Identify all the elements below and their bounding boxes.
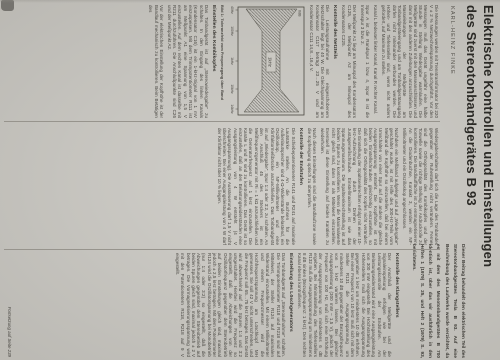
y-axis-label: 0dB — [298, 10, 302, 17]
intro-abstract: Dieser Beitrag behandelt den elektrische… — [410, 244, 467, 358]
column-divider-2 — [4, 249, 440, 250]
author-byline: KARL-HEINZ FINKE — [449, 6, 455, 75]
scan-edge-shadow — [0, 0, 500, 3]
paragraph: Vor der elektrischen Einstellung der Kop… — [148, 5, 164, 118]
x-tick-40hz: 40Hz — [231, 6, 235, 14]
continuation-note: Fortsetzung auf Seite 239 — [7, 253, 12, 357]
paragraph: Spur A ist die Randspur 1 bzw. 4, Spur B… — [360, 5, 371, 118]
section-heading-endstufen: Kontrolle der Endstufen — [297, 128, 302, 245]
section-heading-netzteil: Kontrolle des Netzteils — [332, 5, 337, 118]
text-column-2: Wiedergabeschalters darf sich die Lage d… — [214, 128, 439, 245]
section-heading-kombikopf: Einstellen des Kombikopfes — [210, 5, 215, 118]
paragraph: Die Schiebepotentiometer R141 und R241 a… — [216, 128, 295, 245]
paragraph: Die Messungen werden mit Trenntransforma… — [381, 5, 439, 118]
paragraph: Das Tonbandgerät ist auf „Stereowiederga… — [166, 5, 208, 118]
section-heading-loeschgenerator: Einstellung des Löschgenerators — [287, 253, 292, 357]
rotated-page: Elektrische Kontrollen und Einstellungen… — [0, 0, 500, 360]
figure-caption: Bild 1: Toleranzfeld vom Frequenzgang üb… — [220, 5, 225, 118]
center-frequency-label: 1kHz — [268, 57, 273, 67]
paragraph: Wiedergabeschalters darf sich die Lage d… — [402, 128, 439, 245]
article-title: Elektrische Kontrollen und Einstellungen… — [463, 5, 496, 355]
text-column-3: Kontrolle des Klangstellers Der Anschluß… — [172, 253, 403, 357]
paragraph: Nachdem ein Meßband aufgelegt und auf „W… — [320, 128, 399, 245]
figure-bild1: 1kHz 0dB 40Hz 100Hz 1kHz 10kHz 14kHz Bil… — [220, 5, 307, 118]
paragraph: Der Anschluß der Meßgeräte und die Signa… — [297, 253, 392, 357]
scanned-magazine-page: Elektrische Kontrollen und Einstellungen… — [0, 0, 500, 360]
paragraph: Der Meßpunkt A1 liegt am Minuspol des Ko… — [341, 5, 357, 118]
x-tick-1khz: 1kHz — [231, 57, 235, 65]
paragraph: Die Leistungsaufnahme mit eingeschobenem… — [309, 5, 330, 118]
text-column-1: Die Messungen werden mit Trenntransforma… — [145, 5, 439, 118]
x-tick-100hz: 100Hz — [231, 26, 235, 36]
x-tick-10khz: 10kHz — [231, 84, 235, 94]
section-heading-klangsteller: Kontrolle des Klangstellers — [394, 253, 399, 357]
x-tick-14khz: 14kHz — [231, 104, 235, 114]
column-divider-1 — [4, 121, 440, 122]
paragraph: Nach diesen Einstellungen sind die Bandl… — [307, 128, 318, 245]
tolerance-field-diagram: 1kHz 0dB 40Hz 100Hz 1kHz 10kHz 14kHz — [227, 5, 307, 118]
paragraph: Kanal L bedeutet linker Kanal, Kanal R r… — [373, 5, 378, 118]
paragraph: Das Tonbandgerät auf „Stereoaufnahme" sc… — [175, 253, 286, 357]
article-title-line1: Elektrische Kontrollen und Einstellungen — [480, 5, 497, 355]
